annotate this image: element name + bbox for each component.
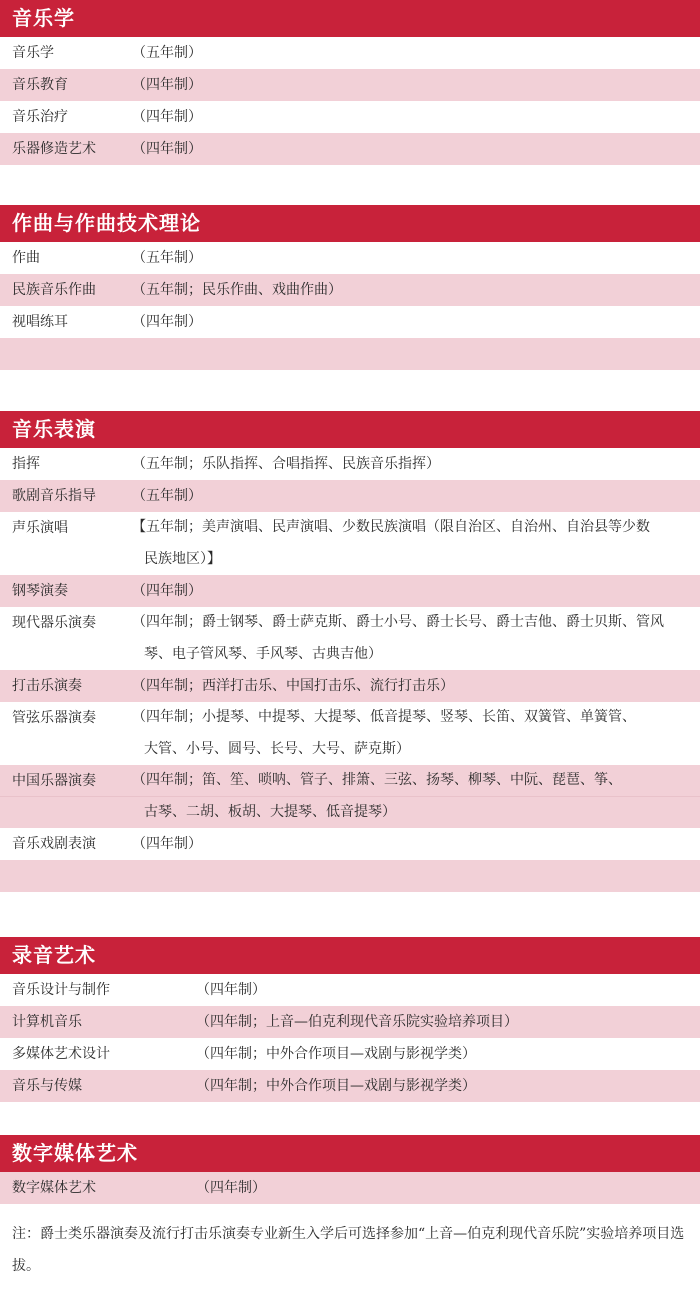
major-desc-line2: 古琴、二胡、板胡、大提琴、低音提琴） [132,797,680,829]
section-title: 音乐学 [0,0,700,37]
major-name: 数字媒体艺术 [12,1172,96,1204]
major-name: 现代器乐演奏 [12,607,96,639]
major-name: 多媒体艺术设计 [12,1038,110,1070]
major-desc: （四年制；爵士钢琴、爵士萨克斯、爵士小号、爵士长号、爵士吉他、爵士贝斯、管风 琴… [132,607,680,670]
table-row: 音乐教育 （四年制） [0,69,700,101]
major-name: 音乐设计与制作 [12,974,110,1006]
table-row: 多媒体艺术设计 （四年制；中外合作项目—戏剧与影视学类） [0,1038,700,1070]
major-name: 音乐戏剧表演 [12,828,96,860]
table-row: 音乐设计与制作 （四年制） [0,974,700,1006]
major-name: 打击乐演奏 [12,670,82,702]
empty-row [0,860,700,892]
major-name: 歌剧音乐指导 [12,480,96,512]
major-name: 音乐与传媒 [12,1070,82,1102]
table-row: 音乐戏剧表演 （四年制） [0,828,700,860]
major-name: 音乐教育 [12,69,68,101]
major-desc: （五年制） [132,242,680,274]
table-row: 作曲 （五年制） [0,242,700,274]
major-desc: （五年制；乐队指挥、合唱指挥、民族音乐指挥） [132,448,680,480]
table-row: 视唱练耳 （四年制） [0,306,700,338]
table-row: 音乐治疗 （四年制） [0,101,700,133]
table-row: 音乐学 （五年制） [0,37,700,69]
major-desc: （四年制） [132,575,680,607]
major-desc-line1: （四年制；小提琴、中提琴、大提琴、低音提琴、竖琴、长笛、双簧管、单簧管、 [132,709,636,725]
major-desc-line2: 大管、小号、圆号、长号、大号、萨克斯） [132,734,680,766]
major-desc: （四年制） [132,101,680,133]
major-desc: （四年制） [196,974,680,1006]
table-row: 声乐演唱 【五年制；美声演唱、民声演唱、少数民族演唱（限自治区、自治州、自治县等… [0,512,700,575]
major-desc-line2: 民族地区）】 [132,544,680,576]
table-row: 计算机音乐 （四年制；上音—伯克利现代音乐院实验培养项目） [0,1006,700,1038]
major-name: 管弦乐器演奏 [12,702,96,734]
section-title: 数字媒体艺术 [0,1135,700,1172]
empty-row [0,338,700,370]
major-name: 乐器修造艺术 [12,133,96,165]
major-desc: （四年制） [132,133,680,165]
table-row: 歌剧音乐指导 （五年制） [0,480,700,512]
major-desc: （五年制） [132,37,680,69]
major-desc: （五年制；民乐作曲、戏曲作曲） [132,274,680,306]
major-desc: （四年制；小提琴、中提琴、大提琴、低音提琴、竖琴、长笛、双簧管、单簧管、 大管、… [132,702,680,765]
section-composition: 作曲与作曲技术理论 作曲 （五年制） 民族音乐作曲 （五年制；民乐作曲、戏曲作曲… [0,205,700,370]
major-name: 钢琴演奏 [12,575,68,607]
major-name: 音乐学 [12,37,54,69]
major-desc-line1: （四年制；爵士钢琴、爵士萨克斯、爵士小号、爵士长号、爵士吉他、爵士贝斯、管风 [132,614,664,630]
section-title: 音乐表演 [0,411,700,448]
major-desc-line1: （四年制；笛、笙、唢呐、管子、排箫、三弦、扬琴、柳琴、中阮、琵琶、筝、 [132,772,622,788]
table-row: 管弦乐器演奏 （四年制；小提琴、中提琴、大提琴、低音提琴、竖琴、长笛、双簧管、单… [0,702,700,765]
table-row: 现代器乐演奏 （四年制；爵士钢琴、爵士萨克斯、爵士小号、爵士长号、爵士吉他、爵士… [0,607,700,670]
major-desc: （四年制；中外合作项目—戏剧与影视学类） [196,1070,680,1102]
major-desc: （四年制） [132,828,680,860]
major-desc: （五年制） [132,480,680,512]
table-row: 中国乐器演奏 （四年制；笛、笙、唢呐、管子、排箫、三弦、扬琴、柳琴、中阮、琵琶、… [0,765,700,828]
section-recording-arts: 录音艺术 音乐设计与制作 （四年制） 计算机音乐 （四年制；上音—伯克利现代音乐… [0,937,700,1102]
footnote: 注：爵士类乐器演奏及流行打击乐演奏专业新生入学后可选择参加“上音—伯克利现代音乐… [12,1218,688,1282]
major-desc: （四年制；上音—伯克利现代音乐院实验培养项目） [196,1006,680,1038]
section-musicology: 音乐学 音乐学 （五年制） 音乐教育 （四年制） 音乐治疗 （四年制） 乐器修造… [0,0,700,165]
table-row: 音乐与传媒 （四年制；中外合作项目—戏剧与影视学类） [0,1070,700,1102]
major-desc: 【五年制；美声演唱、民声演唱、少数民族演唱（限自治区、自治州、自治县等少数 民族… [132,512,680,575]
major-desc: （四年制；西洋打击乐、中国打击乐、流行打击乐） [132,670,680,702]
major-name: 指挥 [12,448,40,480]
major-name: 中国乐器演奏 [12,765,96,797]
major-desc: （四年制） [196,1172,680,1204]
table-row: 民族音乐作曲 （五年制；民乐作曲、戏曲作曲） [0,274,700,306]
major-name: 音乐治疗 [12,101,68,133]
table-row: 指挥 （五年制；乐队指挥、合唱指挥、民族音乐指挥） [0,448,700,480]
major-desc: （四年制；中外合作项目—戏剧与影视学类） [196,1038,680,1070]
major-desc: （四年制；笛、笙、唢呐、管子、排箫、三弦、扬琴、柳琴、中阮、琵琶、筝、 古琴、二… [132,765,680,828]
major-desc: （四年制） [132,69,680,101]
table-row: 钢琴演奏 （四年制） [0,575,700,607]
major-name: 声乐演唱 [12,512,68,544]
table-row: 乐器修造艺术 （四年制） [0,133,700,165]
major-name: 作曲 [12,242,40,274]
section-title: 作曲与作曲技术理论 [0,205,700,242]
major-desc: （四年制） [132,306,680,338]
section-performance: 音乐表演 指挥 （五年制；乐队指挥、合唱指挥、民族音乐指挥） 歌剧音乐指导 （五… [0,411,700,892]
section-title: 录音艺术 [0,937,700,974]
major-name: 计算机音乐 [12,1006,82,1038]
major-desc-line1: 【五年制；美声演唱、民声演唱、少数民族演唱（限自治区、自治州、自治县等少数 [132,519,650,535]
table-row: 打击乐演奏 （四年制；西洋打击乐、中国打击乐、流行打击乐） [0,670,700,702]
major-name: 民族音乐作曲 [12,274,96,306]
major-name: 视唱练耳 [12,306,68,338]
major-desc-line2: 琴、电子管风琴、手风琴、古典吉他） [132,639,680,671]
table-row: 数字媒体艺术 （四年制） [0,1172,700,1204]
section-digital-media-arts: 数字媒体艺术 数字媒体艺术 （四年制） [0,1135,700,1204]
